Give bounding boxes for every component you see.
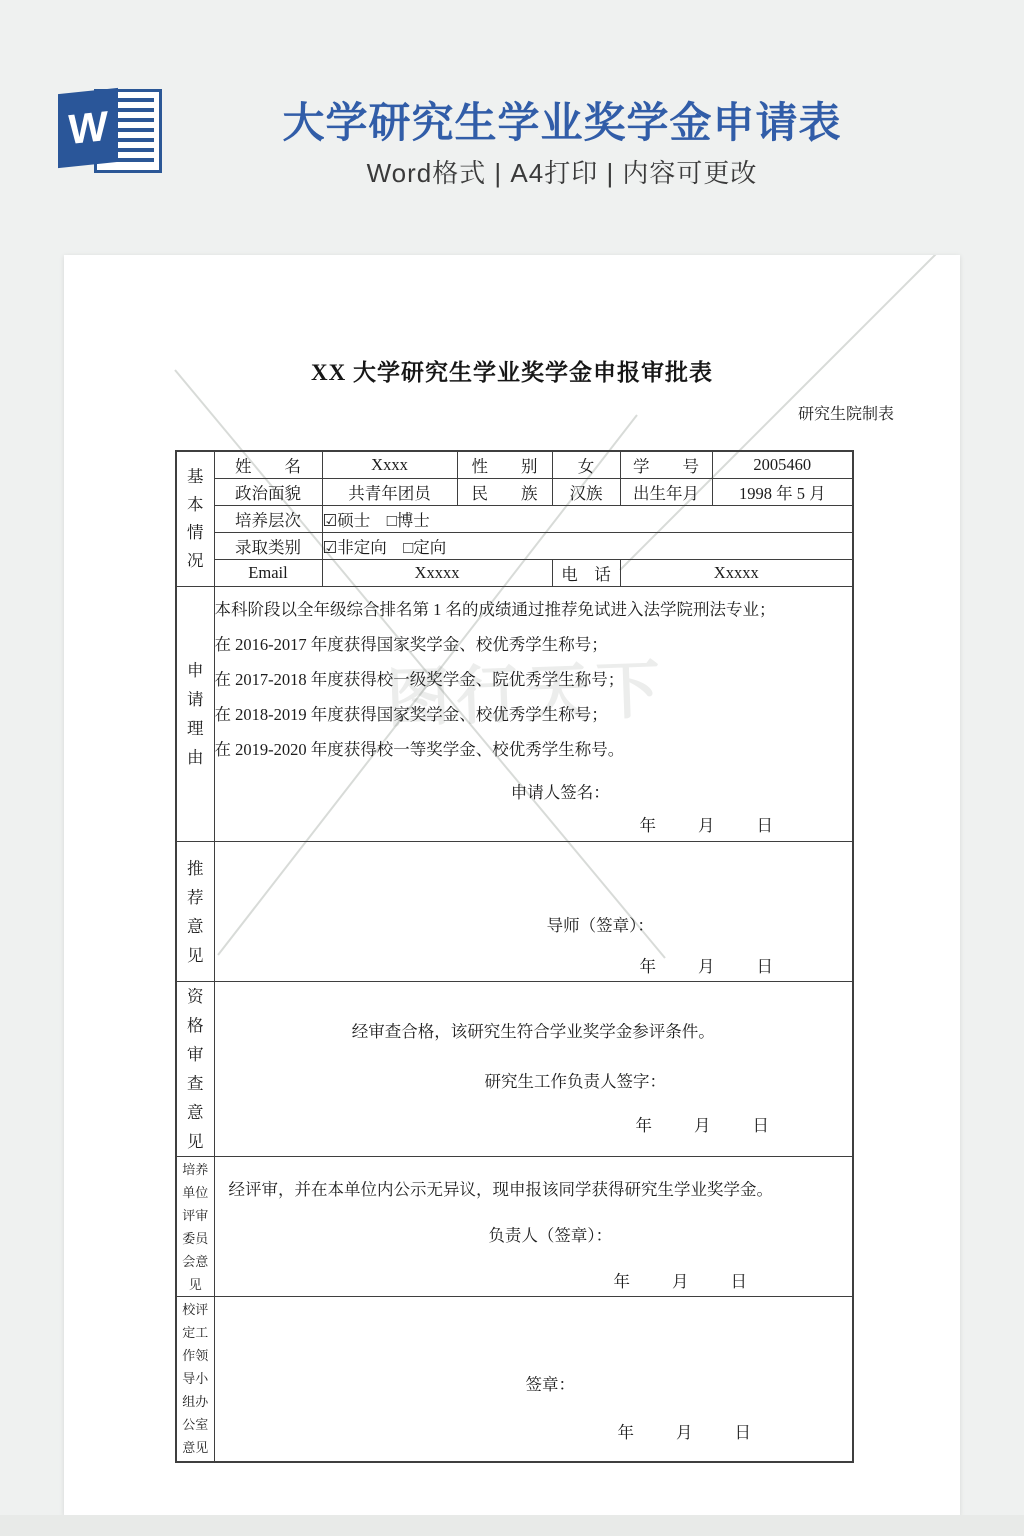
table-row: 申请理由 本科阶段以全年级综合排名第 1 名的成绩通过推荐免试进入法学院刑法专业… bbox=[176, 587, 853, 842]
qualification-date-line: 年 月 日 bbox=[215, 1112, 853, 1136]
tutor-sign-label: 导师（签章）： bbox=[215, 912, 853, 936]
phone-label: 电 话 bbox=[552, 560, 620, 587]
unit-committee-text: 经评审，并在本单位内公示无异议，现申报该同学获得研究生学业奖学金。 bbox=[215, 1176, 853, 1200]
birth-value: 1998 年 5 月 bbox=[712, 479, 853, 506]
table-row: 推荐意见 导师（签章）： 年 月 日 bbox=[176, 842, 853, 982]
qualification-text: 经审查合格，该研究生符合学业奖学金参评条件。 bbox=[215, 1018, 853, 1042]
name-value: Xxxx bbox=[322, 451, 457, 479]
document-page: XX 大学研究生学业奖学金申报审批表 研究生院制表 图行天下 基本情况 姓 名 … bbox=[64, 255, 960, 1516]
category-checkboxes: ☑非定向 □定向 bbox=[322, 533, 853, 560]
gender-label: 性 别 bbox=[457, 451, 552, 479]
recommend-date-line: 年 月 日 bbox=[215, 953, 853, 977]
recommend-content: 导师（签章）： 年 月 日 bbox=[214, 842, 853, 982]
table-row: Email Xxxxx 电 话 Xxxxx bbox=[176, 560, 853, 587]
table-row: 基本情况 姓 名 Xxxx 性 别 女 学 号 2005460 bbox=[176, 451, 853, 479]
section-label-basic: 基本情况 bbox=[176, 451, 214, 587]
header: W 大学研究生学业奖学金申请表 Word格式 | A4打印 | 内容可更改 bbox=[0, 0, 1024, 230]
unit-date-line: 年 月 日 bbox=[215, 1268, 853, 1292]
table-row: 政治面貌 共青年团员 民 族 汉族 出生年月 1998 年 5 月 bbox=[176, 479, 853, 506]
table-row: 校评定工作领导小组办公室意见 签章： 年 月 日 bbox=[176, 1297, 853, 1462]
unit-committee-content: 经评审，并在本单位内公示无异议，现申报该同学获得研究生学业奖学金。 负责人（签章… bbox=[214, 1157, 853, 1297]
ethnic-value: 汉族 bbox=[552, 479, 620, 506]
office-seal-label: 签章： bbox=[215, 1371, 853, 1395]
school-office-content: 签章： 年 月 日 bbox=[214, 1297, 853, 1462]
section-label-qualification: 资格审查意见 bbox=[176, 982, 214, 1157]
email-value: Xxxxx bbox=[322, 560, 552, 587]
student-id-value: 2005460 bbox=[712, 451, 853, 479]
reason-paragraphs: 本科阶段以全年级综合排名第 1 名的成绩通过推荐免试进入法学院刑法专业；在 20… bbox=[215, 592, 853, 767]
table-row: 资格审查意见 经审查合格，该研究生符合学业奖学金参评条件。 研究生工作负责人签字… bbox=[176, 982, 853, 1157]
reason-content: 本科阶段以全年级综合排名第 1 名的成绩通过推荐免试进入法学院刑法专业；在 20… bbox=[214, 587, 853, 842]
birth-label: 出生年月 bbox=[620, 479, 712, 506]
application-form-table: 基本情况 姓 名 Xxxx 性 别 女 学 号 2005460 政治面貌 共青年… bbox=[175, 450, 854, 1463]
level-label: 培养层次 bbox=[214, 506, 322, 533]
email-label: Email bbox=[214, 560, 322, 587]
category-label: 录取类别 bbox=[214, 533, 322, 560]
reason-date-line: 年 月 日 bbox=[215, 812, 853, 836]
table-row: 培养单位评审委员会意见 经评审，并在本单位内公示无异议，现申报该同学获得研究生学… bbox=[176, 1157, 853, 1297]
footer-strip bbox=[0, 1515, 1024, 1536]
ethnic-label: 民 族 bbox=[457, 479, 552, 506]
form-title: XX 大学研究生学业奖学金申报审批表 bbox=[64, 354, 960, 387]
name-label: 姓 名 bbox=[214, 451, 322, 479]
listing-title: 大学研究生学业奖学金申请表 bbox=[100, 90, 1024, 150]
page-root: { "theme": { "background": "#eff1f0", "w… bbox=[0, 0, 1024, 1536]
section-label-recommend: 推荐意见 bbox=[176, 842, 214, 982]
applicant-sign-label: 申请人签名： bbox=[215, 779, 853, 803]
level-checkboxes: ☑硕士 □博士 bbox=[322, 506, 853, 533]
section-label-school-office: 校评定工作领导小组办公室意见 bbox=[176, 1297, 214, 1462]
qualification-content: 经审查合格，该研究生符合学业奖学金参评条件。 研究生工作负责人签字： 年 月 日 bbox=[214, 982, 853, 1157]
phone-value: Xxxxx bbox=[620, 560, 853, 587]
unit-head-sign-label: 负责人（签章）： bbox=[215, 1222, 853, 1246]
table-row: 培养层次 ☑硕士 □博士 bbox=[176, 506, 853, 533]
section-label-reason: 申请理由 bbox=[176, 587, 214, 842]
office-date-line: 年 月 日 bbox=[215, 1419, 853, 1443]
gender-value: 女 bbox=[552, 451, 620, 479]
student-id-label: 学 号 bbox=[620, 451, 712, 479]
political-value: 共青年团员 bbox=[322, 479, 457, 506]
listing-subtitle: Word格式 | A4打印 | 内容可更改 bbox=[100, 153, 1024, 190]
section-label-unit-committee: 培养单位评审委员会意见 bbox=[176, 1157, 214, 1297]
table-row: 录取类别 ☑非定向 □定向 bbox=[176, 533, 853, 560]
political-label: 政治面貌 bbox=[214, 479, 322, 506]
form-maker-note: 研究生院制表 bbox=[798, 401, 894, 424]
grad-officer-sign-label: 研究生工作负责人签字： bbox=[215, 1068, 853, 1092]
